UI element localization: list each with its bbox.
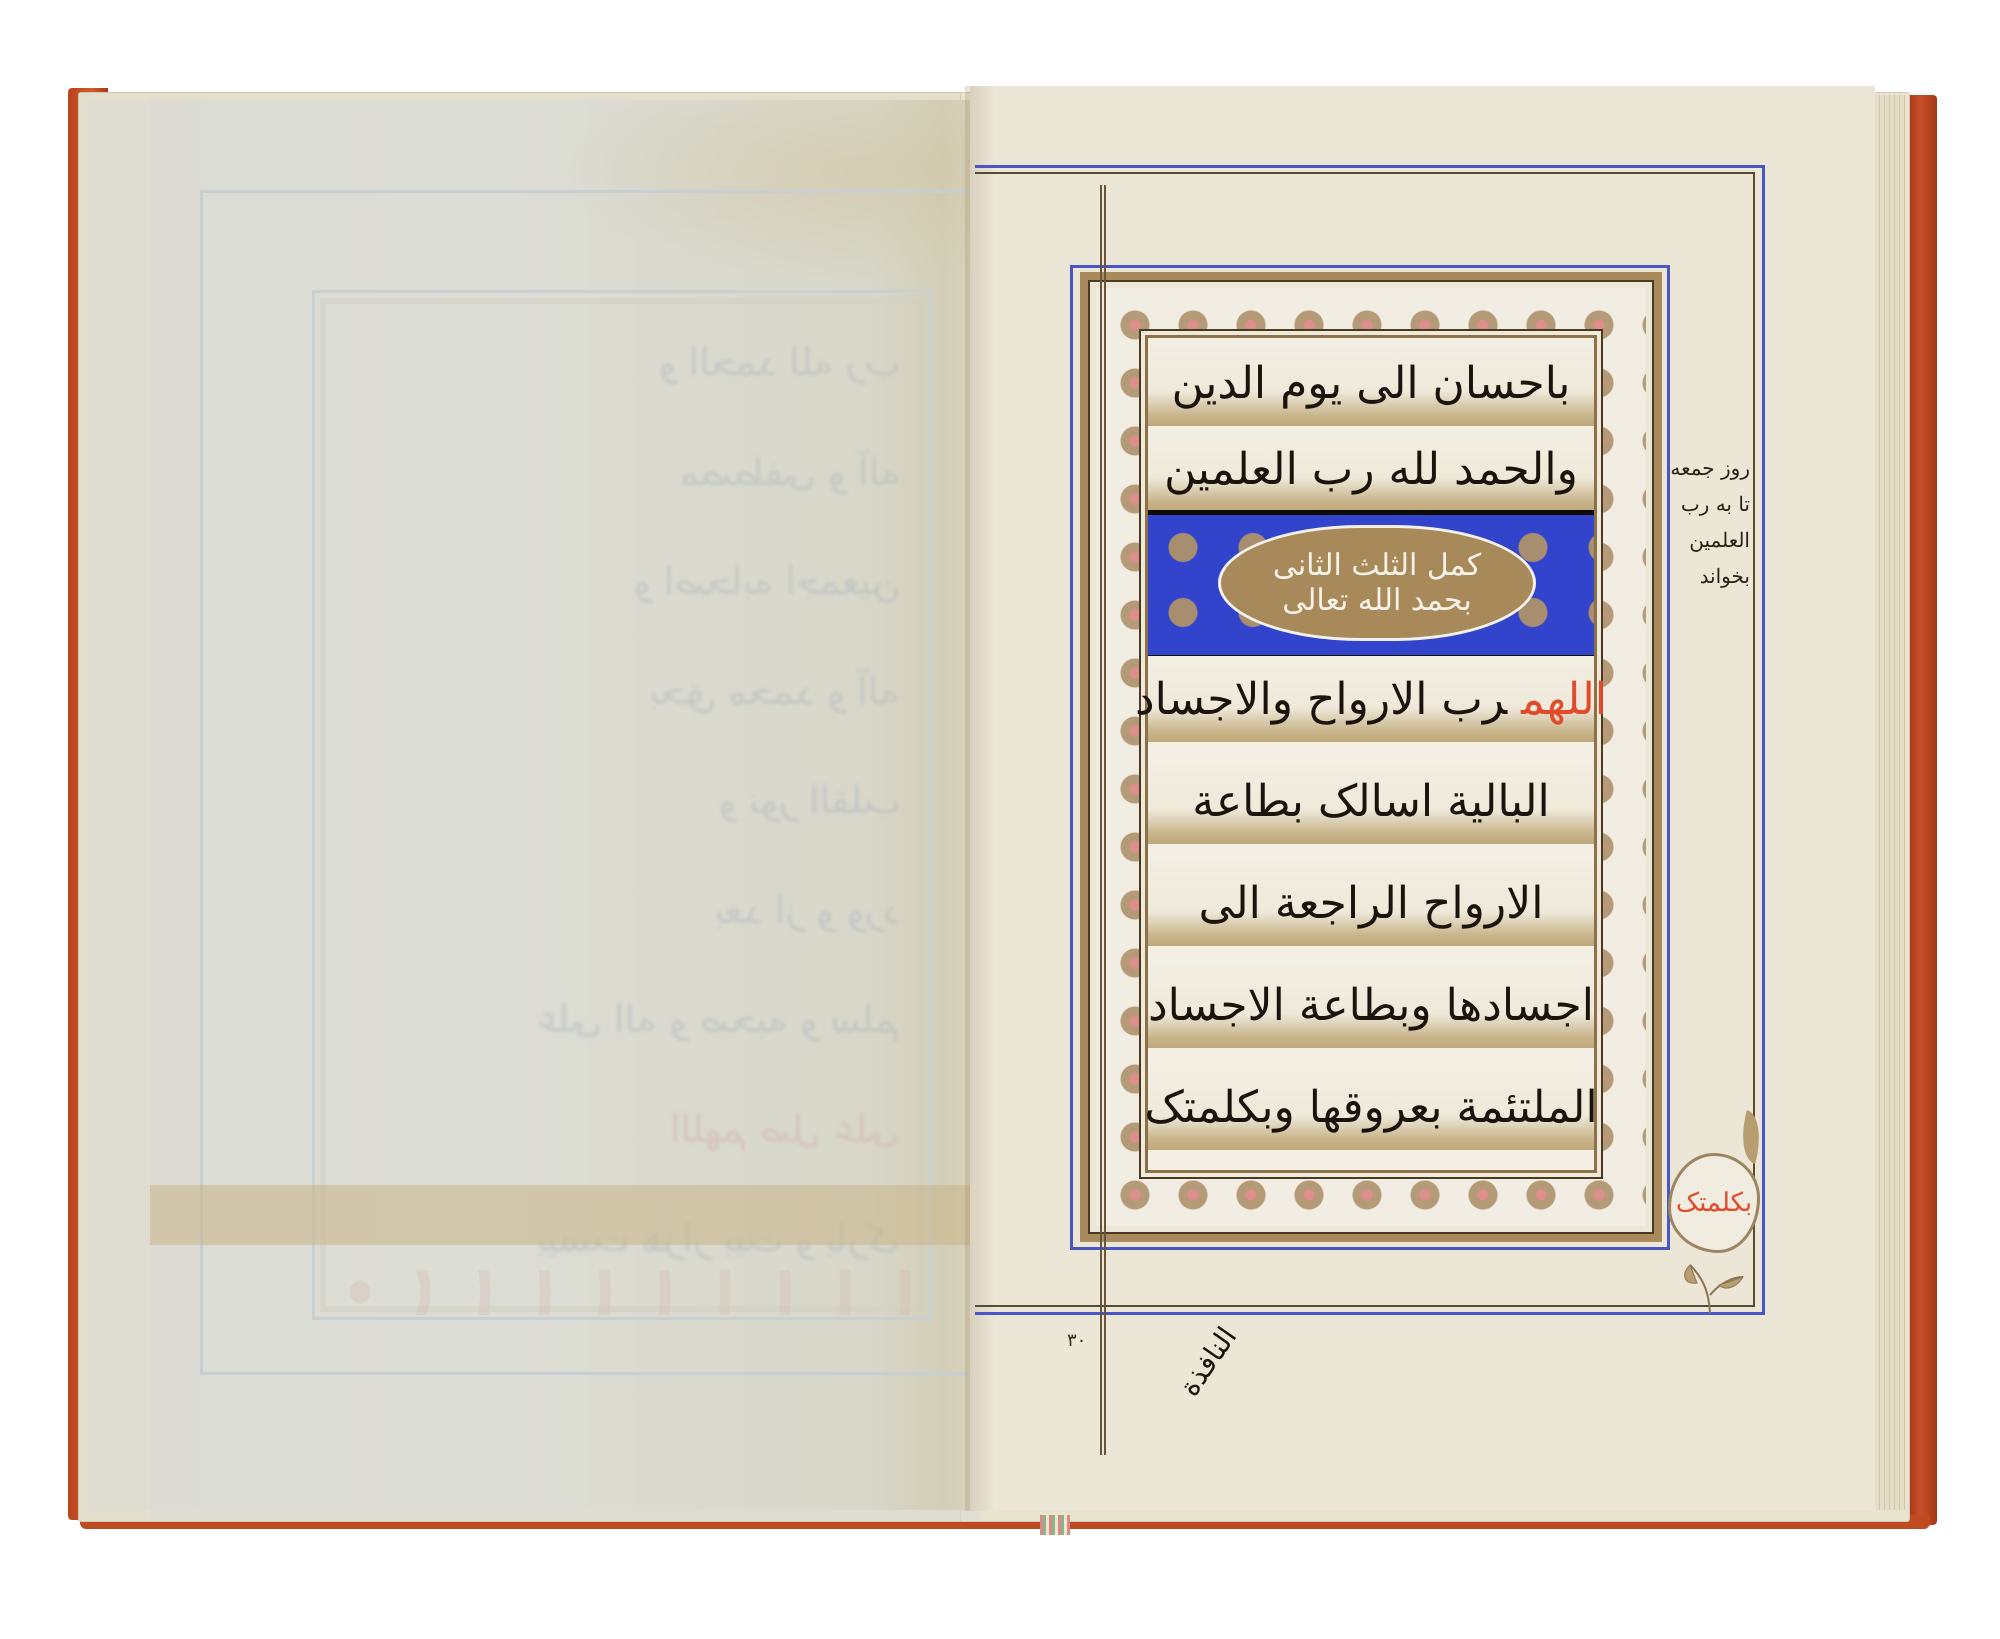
calligraphy-line: اللهمرب الارواح والاجساد: [1135, 674, 1607, 725]
margin-note-line: العلمین: [1689, 522, 1750, 558]
cartouche-line: کمل الثلث الثانی: [1273, 548, 1481, 583]
calligraphy-line: باحسان الی یوم الدین: [1172, 358, 1571, 409]
margin-note-line: روز جمعه: [1670, 450, 1750, 486]
cartouche-line: بحمد الله تعالی: [1282, 583, 1471, 618]
text-line: البالیة اسالک بطاعة: [1148, 758, 1594, 844]
calligraphy-line: الملتئمة بعروقها وبکلمتک: [1144, 1082, 1597, 1133]
repair-tape-strip: [150, 1185, 980, 1245]
margin-note-line: تا به رب: [1681, 486, 1750, 522]
catchword-medallion: بکلمتک: [1668, 1153, 1760, 1253]
catchword: بکلمتک: [1676, 1188, 1752, 1218]
text-line: الارواح الراجعة الی: [1148, 860, 1594, 946]
calligraphy-line: الارواح الراجعة الی: [1199, 878, 1544, 929]
text-line: اجسادها وبطاعة الاجساد: [1148, 962, 1594, 1048]
text-line: باحسان الی یوم الدین: [1148, 340, 1594, 426]
calligraphy-line: اجسادها وبطاعة الاجساد: [1148, 980, 1594, 1031]
text-line: اللهمرب الارواح والاجساد: [1148, 656, 1594, 742]
main-text-panel: باحسان الی یوم الدین والحمد لله رب العلم…: [1145, 335, 1597, 1173]
leaf-sprig-icon: [1675, 1255, 1745, 1315]
text-line: والحمد لله رب العلمین: [1148, 426, 1594, 512]
calligraphy-line: البالیة اسالک بطاعة: [1192, 776, 1549, 827]
illuminated-cartouche: کمل الثلث الثانی بحمد الله تعالی: [1148, 510, 1594, 660]
calligraphy-line: والحمد لله رب العلمین: [1164, 444, 1578, 495]
headband-threads: [1040, 1515, 1070, 1535]
marginal-note: روز جمعه تا به رب العلمین بخواند: [1655, 450, 1750, 600]
cartouche-medallion: کمل الثلث الثانی بحمد الله تعالی: [1218, 525, 1536, 641]
vertical-ruling-line: [1100, 185, 1106, 1455]
tissue-overlay: [150, 100, 980, 1520]
line-body: رب الارواح والاجساد: [1135, 674, 1507, 725]
folio-number: ۳۰: [1067, 1330, 1086, 1351]
rubric-word: اللهم: [1521, 674, 1607, 725]
right-page-fore-edges: [1870, 95, 1905, 1510]
text-line: الملتئمة بعروقها وبکلمتک: [1148, 1064, 1594, 1150]
margin-note-line: بخواند: [1700, 558, 1750, 594]
